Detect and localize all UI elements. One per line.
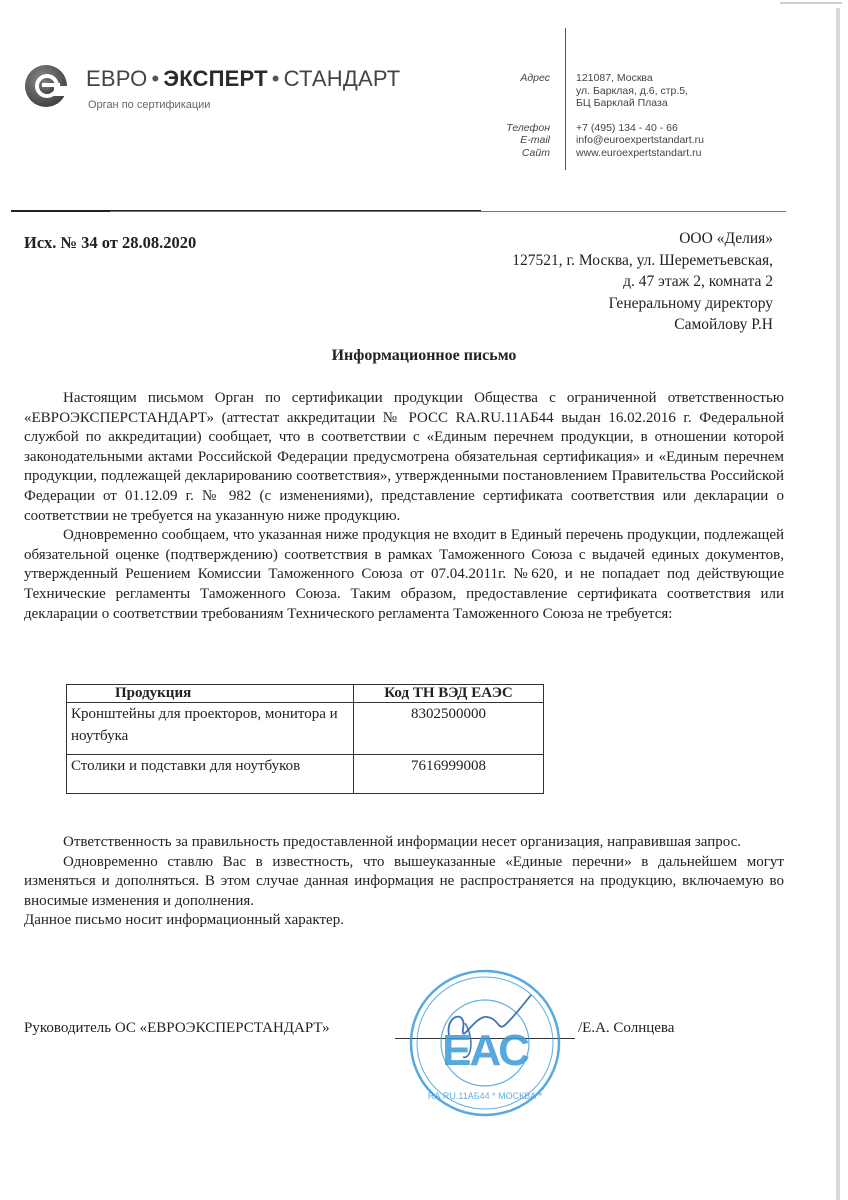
company-logo-icon xyxy=(24,64,68,108)
code-cell: 7616999008 xyxy=(354,755,544,794)
letter-title: Информационное письмо xyxy=(0,347,848,365)
stamp-icon: ЕАС RA.RU.11АБ44 * МОСКВА * xyxy=(405,965,565,1120)
contact-divider xyxy=(565,28,566,170)
recipient-address: 127521, г. Москва, ул. Шереметьевская, xyxy=(512,250,773,272)
signer-position: Руководитель ОС «ЕВРОЭКСПЕРСТАНДАРТ» xyxy=(24,1020,330,1037)
letter-body: Настоящим письмом Орган по сертификации … xyxy=(24,389,784,624)
header-divider xyxy=(110,211,786,212)
table-header-row: Продукция Код ТН ВЭД ЕАЭС xyxy=(67,685,544,703)
paragraph: Ответственность за правильность предоста… xyxy=(24,833,784,853)
final-note: Данное письмо носит информационный харак… xyxy=(24,911,784,931)
page-edge xyxy=(836,8,840,1200)
page-edge xyxy=(780,2,842,4)
brand-part-standart: СТАНДАРТ xyxy=(284,66,401,91)
contact-values: 121087, Москва ул. Барклая, д.6, стр.5, … xyxy=(576,72,704,159)
email-label: E-mail xyxy=(506,134,550,147)
products-table: Продукция Код ТН ВЭД ЕАЭС Кронштейны для… xyxy=(66,684,544,794)
recipient-address: д. 47 этаж 2, комната 2 xyxy=(512,271,773,293)
recipient-name: Самойлову Р.Н xyxy=(512,314,773,336)
site-label: Сайт xyxy=(506,147,550,160)
svg-text:RA.RU.11АБ44 * МОСКВА *: RA.RU.11АБ44 * МОСКВА * xyxy=(428,1091,543,1101)
paragraph: Одновременно сообщаем, что указанная ниж… xyxy=(24,526,784,624)
address-line: БЦ Барклай Плаза xyxy=(576,97,704,110)
product-cell: Столики и подставки для ноутбуков xyxy=(67,755,354,794)
code-cell: 8302500000 xyxy=(354,703,544,755)
paragraph: Одновременно ставлю Вас в известность, ч… xyxy=(24,853,784,912)
recipient-company: ООО «Делия» xyxy=(512,228,773,250)
product-cell: Кронштейны для проекторов, монитора и но… xyxy=(67,703,354,755)
address-line: ул. Барклая, д.6, стр.5, xyxy=(576,85,704,98)
column-header-code: Код ТН ВЭД ЕАЭС xyxy=(354,685,544,703)
brand-separator: • xyxy=(272,66,280,91)
contact-labels: Адрес Телефон E-mail Сайт xyxy=(506,72,550,159)
phone-value: +7 (495) 134 - 40 - 66 xyxy=(576,122,704,135)
brand-part-euro: ЕВРО xyxy=(86,66,147,91)
outgoing-reference: Исх. № 34 от 28.08.2020 xyxy=(24,233,196,253)
svg-text:ЕАС: ЕАС xyxy=(442,1026,529,1075)
email-link[interactable]: info@euroexpertstandart.ru xyxy=(576,134,704,147)
recipient-block: ООО «Делия» 127521, г. Москва, ул. Шерем… xyxy=(512,228,773,336)
signer-name: /Е.А. Солнцева xyxy=(578,1020,674,1037)
address-line: 121087, Москва xyxy=(576,72,704,85)
brand-subtitle: Орган по сертификации xyxy=(88,99,210,111)
brand-name: ЕВРО•ЭКСПЕРТ•СТАНДАРТ xyxy=(86,66,400,92)
brand-part-expert: ЭКСПЕРТ xyxy=(163,66,267,91)
letter-closing: Ответственность за правильность предоста… xyxy=(24,833,784,931)
phone-label: Телефон xyxy=(506,122,550,135)
table-row: Столики и подставки для ноутбуков 761699… xyxy=(67,755,544,794)
recipient-position: Генеральному директору xyxy=(512,293,773,315)
website-link[interactable]: www.euroexpertstandart.ru xyxy=(576,147,704,160)
table-row: Кронштейны для проекторов, монитора и но… xyxy=(67,703,544,755)
paragraph: Настоящим письмом Орган по сертификации … xyxy=(24,389,784,526)
address-label: Адрес xyxy=(506,72,550,85)
brand-separator: • xyxy=(151,66,159,91)
column-header-product: Продукция xyxy=(67,685,354,703)
